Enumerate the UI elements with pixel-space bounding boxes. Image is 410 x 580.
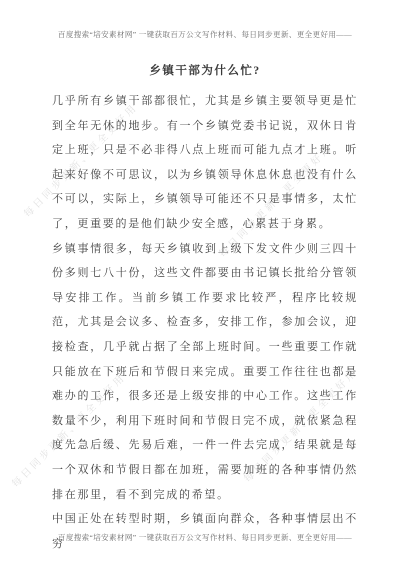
document-title: 乡镇干部为什么忙? (0, 62, 410, 78)
body-paragraph: 乡镇事情很多，每天乡镇收到上级下发文件少则三四十份多则七八十份，这些文件都要由书… (52, 237, 358, 508)
document-body: 几乎所有乡镇干部都很忙，尤其是乡镇主要领导更是忙到全年无休的地步。有一个乡镇党委… (52, 89, 358, 556)
body-paragraph: 几乎所有乡镇干部都很忙，尤其是乡镇主要领导更是忙到全年无休的地步。有一个乡镇党委… (52, 89, 358, 237)
page-header-watermark-text: 百度搜索“培安素材网” 一键获取百万公文写作材料、每日同步更新、更全更好用—— (0, 29, 410, 40)
page-footer-watermark-text: 百度搜索“培安素材网” 一键获取百万公文写作材料、每日同步更新、更全更好用—— (0, 532, 410, 543)
document-page: 百度搜索“培安素材网” 一键获取百万公文写作材料、每日同步更新、更全更好用—— … (0, 0, 410, 580)
